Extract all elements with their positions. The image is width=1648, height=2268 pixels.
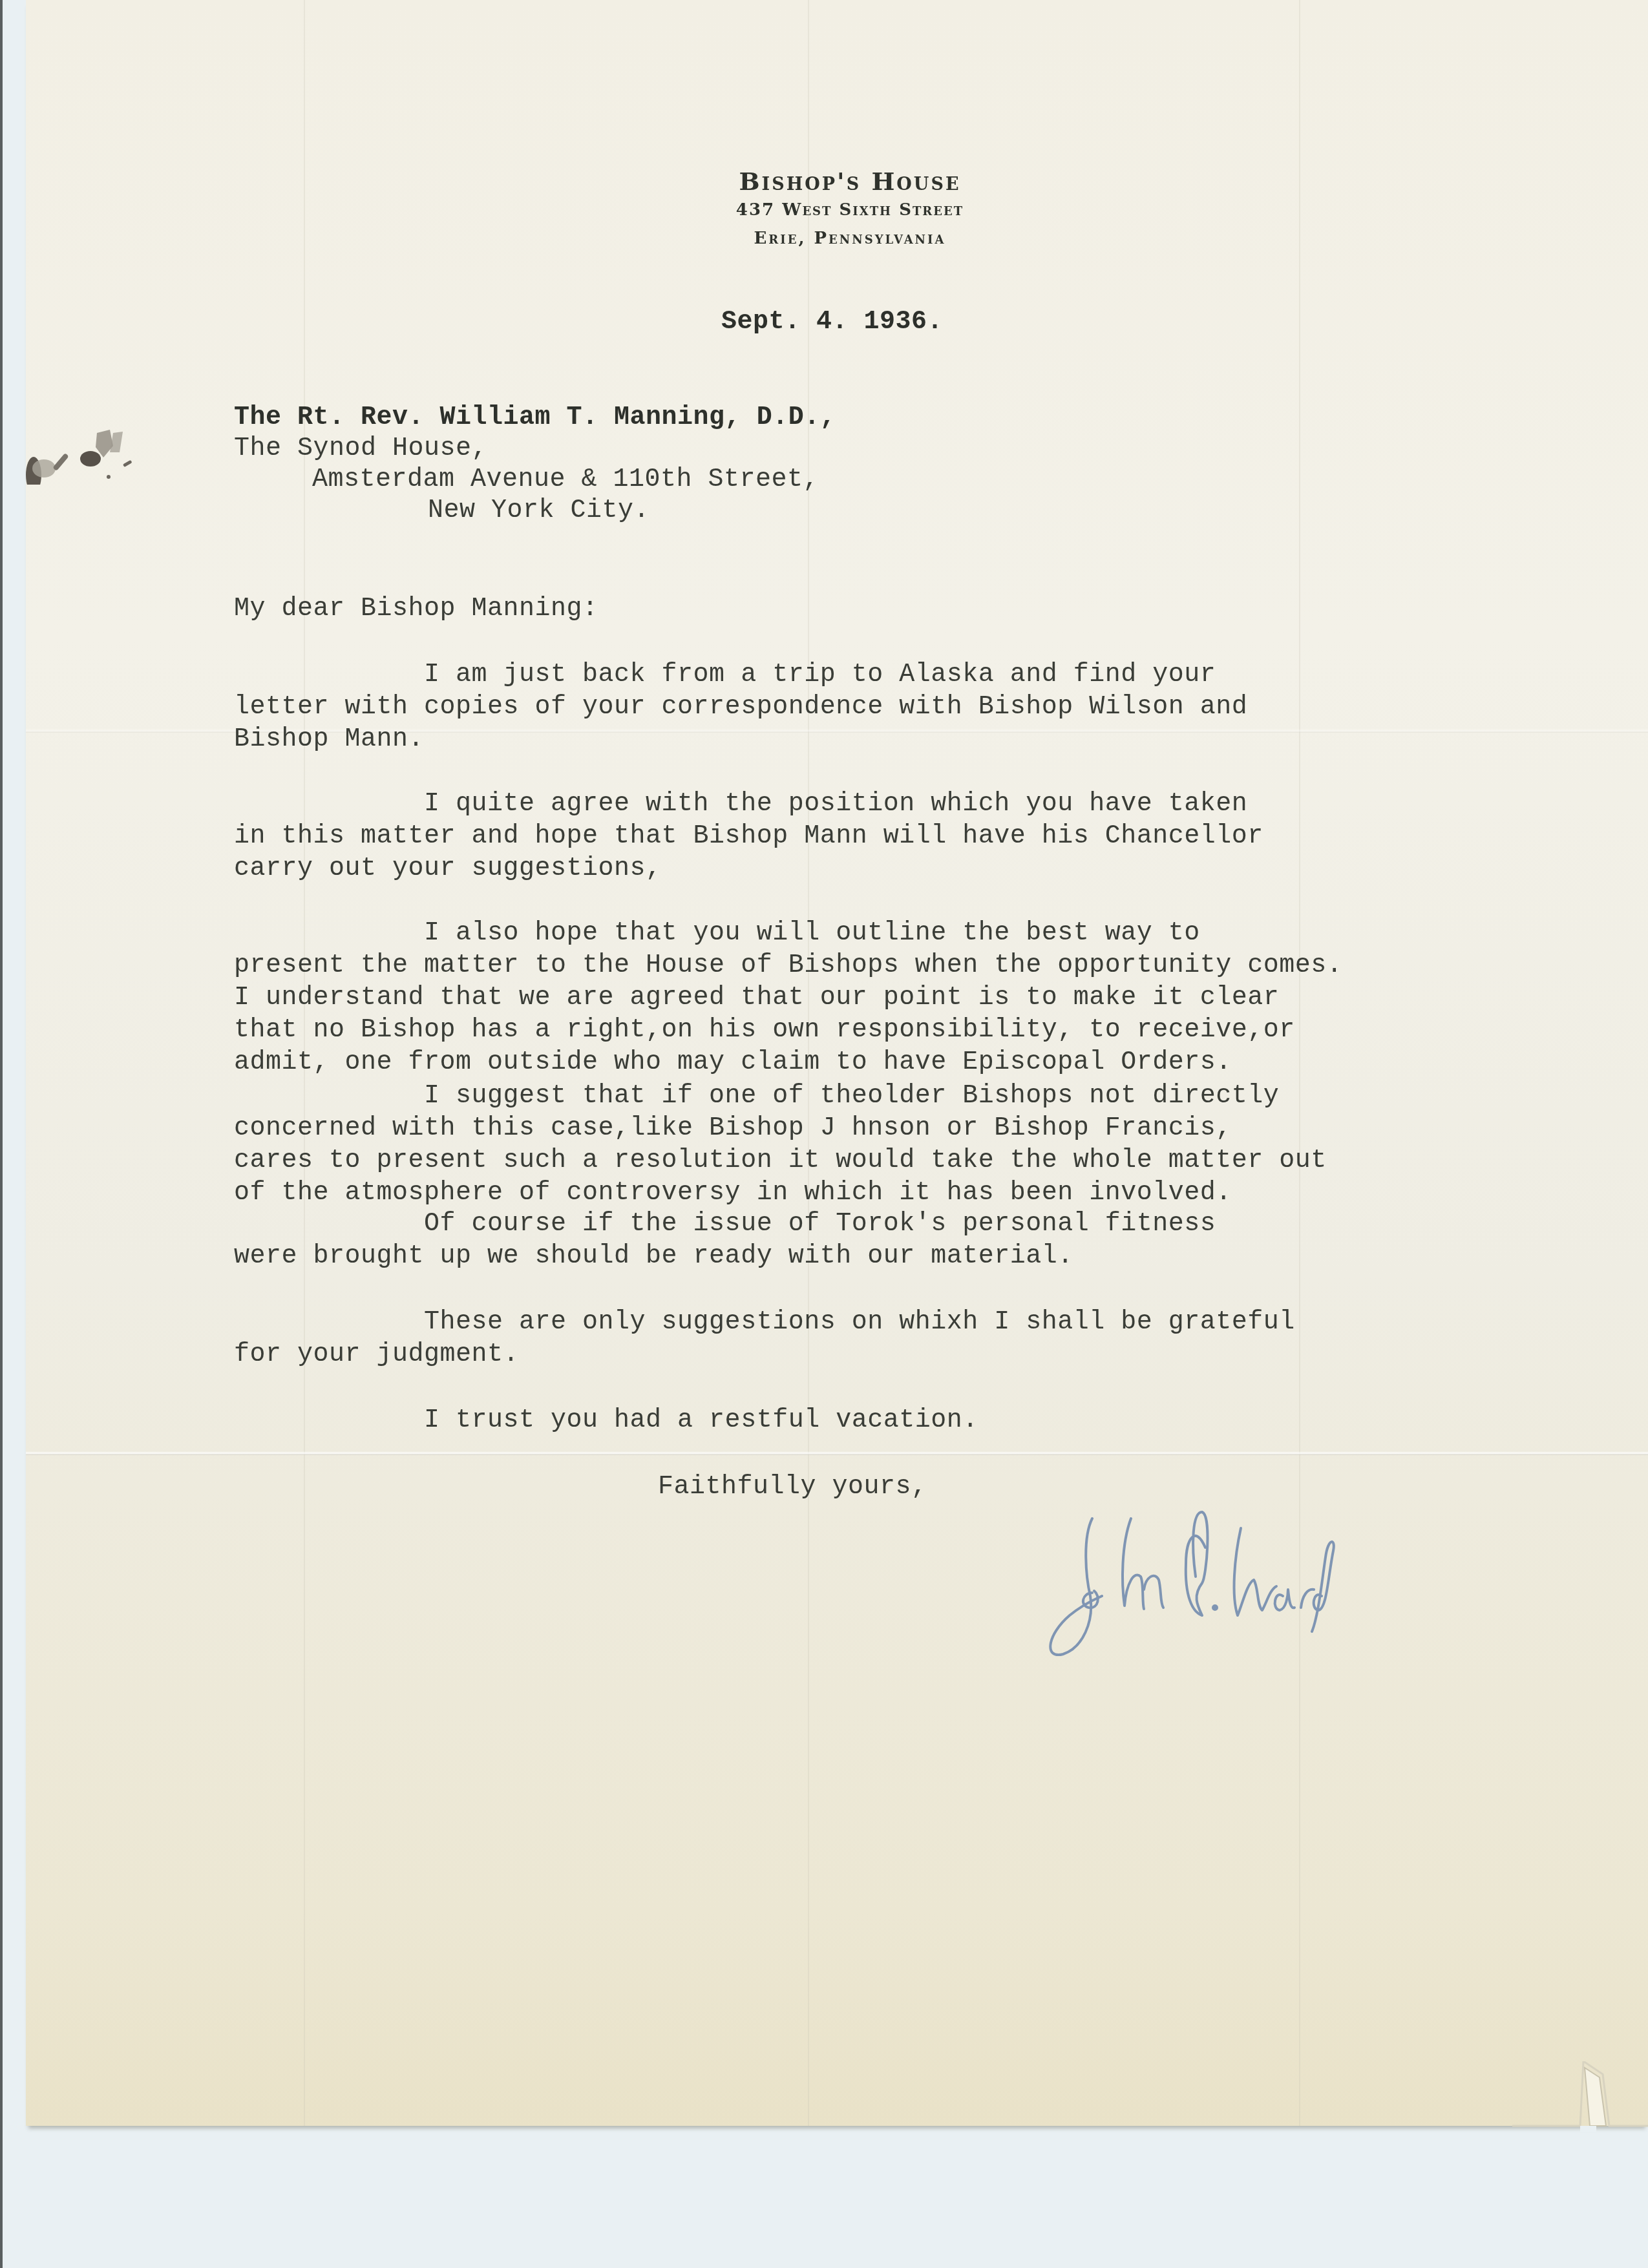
signature	[1018, 1499, 1380, 1667]
body-paragraph: I suggest that if one of theolder Bishop…	[234, 1080, 1327, 1210]
body-line: Of course if the issue of Torok's person…	[234, 1208, 1216, 1241]
body-line: I understand that we are agreed that our…	[234, 982, 1342, 1014]
body-paragraph: These are only suggestions on whixh I sh…	[234, 1307, 1295, 1371]
body-line: in this matter and hope that Bishop Mann…	[234, 821, 1263, 853]
body-line: admit, one from outside who may claim to…	[234, 1047, 1342, 1079]
body-line: I am just back from a trip to Alaska and…	[234, 659, 1247, 691]
body-line: I trust you had a restful vacation.	[234, 1405, 978, 1437]
body-paragraph: I quite agree with the position which yo…	[234, 788, 1263, 885]
recipient-address-line: New York City.	[428, 495, 650, 527]
body-line: cares to present such a resolution it wo…	[234, 1145, 1327, 1177]
body-line: carry out your suggestions,	[234, 853, 1263, 885]
body-paragraph: I trust you had a restful vacation.	[234, 1405, 978, 1437]
body-line: letter with copies of your correspondenc…	[234, 691, 1247, 724]
fold-line	[26, 1451, 1648, 1455]
body-paragraph: Of course if the issue of Torok's person…	[234, 1208, 1216, 1273]
letterhead-city: Erie, Pennsylvania	[26, 229, 1648, 248]
body-line: I also hope that you will outline the be…	[234, 918, 1342, 950]
body-line: concerned with this case,like Bishop J h…	[234, 1113, 1327, 1145]
body-line: I suggest that if one of theolder Bishop…	[234, 1080, 1327, 1113]
body-line: Bishop Mann.	[234, 724, 1247, 756]
paper-tear	[1512, 2061, 1648, 2132]
body-line: of the atmosphere of controversy in whic…	[234, 1177, 1327, 1210]
salutation: My dear Bishop Manning:	[234, 593, 598, 625]
body-line: These are only suggestions on whixh I sh…	[234, 1307, 1295, 1339]
body-line: that no Bishop has a right,on his own re…	[234, 1014, 1342, 1047]
recipient-name: The Rt. Rev. William T. Manning, D.D.,	[234, 402, 836, 434]
body-line: I quite agree with the position which yo…	[234, 788, 1263, 821]
body-line: were brought up we should be ready with …	[234, 1241, 1216, 1273]
body-line: for your judgment.	[234, 1339, 1295, 1371]
body-paragraph: I am just back from a trip to Alaska and…	[234, 659, 1247, 756]
recipient-address-line: The Synod House,	[234, 433, 487, 465]
body-paragraph: I also hope that you will outline the be…	[234, 918, 1342, 1079]
recipient-address-line: Amsterdam Avenue & 110th Street,	[312, 464, 819, 496]
body-line: present the matter to the House of Bisho…	[234, 950, 1342, 982]
letterhead-street: 437 West Sixth Street	[26, 200, 1648, 220]
letterhead-name: Bishop's House	[26, 167, 1648, 196]
ink-blot-icon	[26, 407, 136, 485]
closing: Faithfully yours,	[658, 1471, 927, 1504]
scanner-edge	[0, 0, 3, 2268]
letter-date: Sept. 4. 1936.	[721, 306, 943, 339]
